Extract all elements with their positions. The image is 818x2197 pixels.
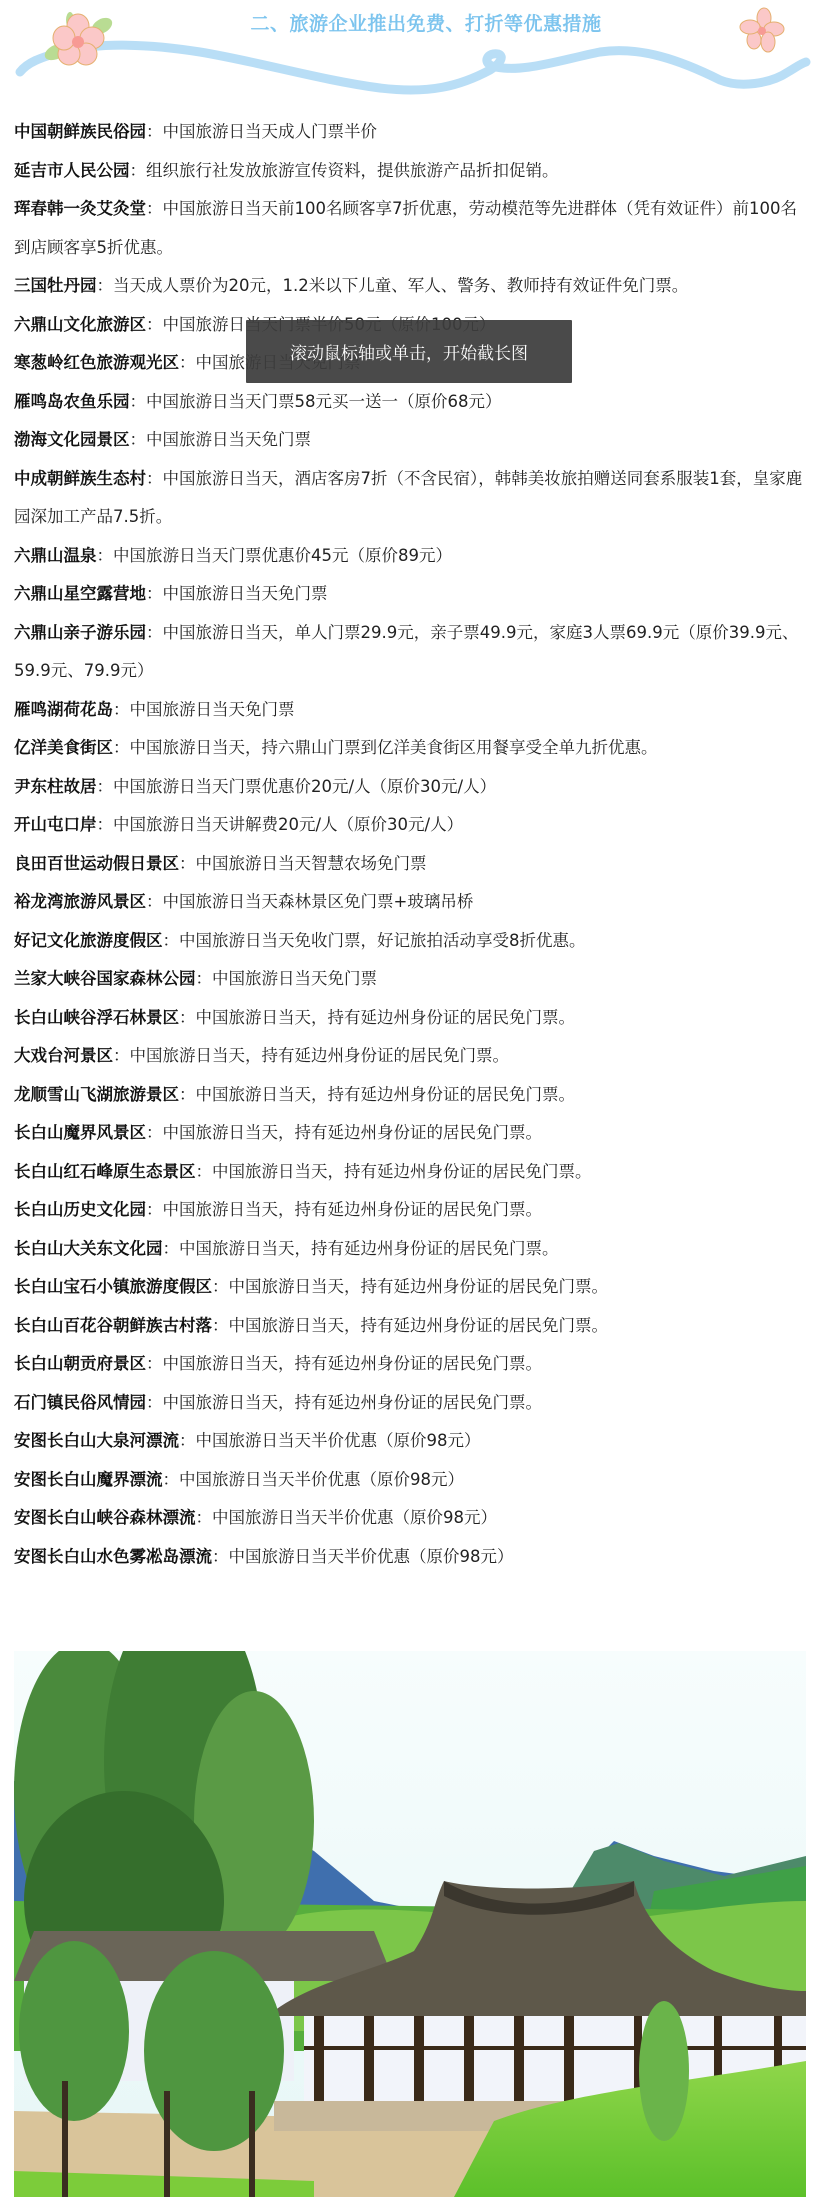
offer-item: 长白山朝贡府景区：中国旅游日当天，持有延边州身份证的居民免门票。: [14, 1345, 806, 1384]
offer-description: 中国旅游日当天，持有延边州身份证的居民免门票。: [163, 1123, 543, 1142]
offer-description: 中国旅游日当天，持有延边州身份证的居民免门票。: [196, 1008, 576, 1027]
venue-name: 雁鸣湖荷花岛: [14, 700, 113, 719]
offer-item: 长白山魔界风景区：中国旅游日当天，持有延边州身份证的居民免门票。: [14, 1114, 806, 1153]
offer-description: 中国旅游日当天半价优惠（原价98元）: [179, 1470, 464, 1489]
separator: ：: [146, 584, 163, 603]
separator: ：: [146, 623, 163, 642]
section-title: 二、旅游企业推出免费、打折等优惠措施: [0, 9, 818, 36]
offer-item: 渤海文化园景区：中国旅游日当天免门票: [14, 421, 806, 460]
separator: ：: [196, 1508, 213, 1527]
venue-name: 长白山朝贡府景区: [14, 1354, 146, 1373]
separator: ：: [212, 1547, 229, 1566]
offer-item: 尹东柱故居：中国旅游日当天门票优惠价20元/人（原价30元/人）: [14, 768, 806, 807]
venue-name: 珲春韩一灸艾灸堂: [14, 199, 146, 218]
offer-item: 珲春韩一灸艾灸堂：中国旅游日当天前100名顾客享7折优惠，劳动模范等先进群体（凭…: [14, 190, 806, 267]
offer-item: 长白山百花谷朝鲜族古村落：中国旅游日当天，持有延边州身份证的居民免门票。: [14, 1307, 806, 1346]
separator: ：: [97, 546, 114, 565]
separator: ：: [179, 1431, 196, 1450]
venue-name: 尹东柱故居: [14, 777, 97, 796]
separator: ：: [196, 1162, 213, 1181]
offer-item: 六鼎山星空露营地：中国旅游日当天免门票: [14, 575, 806, 614]
offer-item: 中国朝鲜族民俗园：中国旅游日当天成人门票半价: [14, 113, 806, 152]
venue-name: 延吉市人民公园: [14, 161, 130, 180]
offer-description: 中国旅游日当天免门票: [130, 700, 295, 719]
offer-description: 中国旅游日当天门票58元买一送一（原价68元）: [146, 392, 502, 411]
venue-name: 长白山历史文化园: [14, 1200, 146, 1219]
offer-description: 中国旅游日当天，持六鼎山门票到亿洋美食街区用餐享受全单九折优惠。: [130, 738, 658, 757]
offer-item: 安图长白山水色雾凇岛漂流：中国旅游日当天半价优惠（原价98元）: [14, 1538, 806, 1577]
offer-description: 中国旅游日当天讲解费20元/人（原价30元/人）: [113, 815, 463, 834]
separator: ：: [179, 353, 196, 372]
separator: ：: [146, 1354, 163, 1373]
section-header: 二、旅游企业推出免费、打折等优惠措施: [0, 0, 818, 100]
separator: ：: [146, 315, 163, 334]
separator: ：: [113, 738, 130, 757]
offer-description: 中国旅游日当天免门票: [212, 969, 377, 988]
offer-description: 中国旅游日当天，持有延边州身份证的居民免门票。: [163, 1393, 543, 1412]
offer-item: 中成朝鲜族生态村：中国旅游日当天，酒店客房7折（不含民宿），韩韩美妆旅拍赠送同套…: [14, 460, 806, 537]
separator: ：: [146, 122, 163, 141]
offer-description: 中国旅游日当天，持有延边州身份证的居民免门票。: [229, 1277, 609, 1296]
offer-item: 龙顺雪山飞湖旅游景区：中国旅游日当天，持有延边州身份证的居民免门票。: [14, 1076, 806, 1115]
separator: ：: [146, 1123, 163, 1142]
venue-name: 开山屯口岸: [14, 815, 97, 834]
offer-description: 中国旅游日当天成人门票半价: [163, 122, 378, 141]
offer-description: 中国旅游日当天，持有延边州身份证的居民免门票。: [196, 1085, 576, 1104]
venue-name: 中成朝鲜族生态村: [14, 469, 146, 488]
venue-name: 兰家大峡谷国家森林公园: [14, 969, 196, 988]
offer-item: 兰家大峡谷国家森林公园：中国旅游日当天免门票: [14, 960, 806, 999]
korean-traditional-house-image: [14, 1651, 806, 2197]
offer-item: 长白山大关东文化园：中国旅游日当天，持有延边州身份证的居民免门票。: [14, 1230, 806, 1269]
separator: ：: [179, 1008, 196, 1027]
offer-description: 中国旅游日当天，持有延边州身份证的居民免门票。: [130, 1046, 510, 1065]
separator: ：: [163, 931, 180, 950]
offer-item: 安图长白山大泉河漂流：中国旅游日当天半价优惠（原价98元）: [14, 1422, 806, 1461]
offer-item: 雁鸣岛农鱼乐园：中国旅游日当天门票58元买一送一（原价68元）: [14, 383, 806, 422]
separator: ：: [146, 199, 163, 218]
offer-description: 中国旅游日当天半价优惠（原价98元）: [229, 1547, 514, 1566]
venue-name: 长白山峡谷浮石林景区: [14, 1008, 179, 1027]
venue-name: 雁鸣岛农鱼乐园: [14, 392, 130, 411]
offer-description: 当天成人票价为20元，1.2米以下儿童、军人、警务、教师持有效证件免门票。: [113, 276, 688, 295]
venue-name: 石门镇民俗风情园: [14, 1393, 146, 1412]
separator: ：: [146, 892, 163, 911]
offer-item: 裕龙湾旅游风景区：中国旅游日当天森林景区免门票+玻璃吊桥: [14, 883, 806, 922]
venue-name: 长白山红石峰原生态景区: [14, 1162, 196, 1181]
offer-item: 延吉市人民公园：组织旅行社发放旅游宣传资料，提供旅游产品折扣促销。: [14, 152, 806, 191]
separator: ：: [146, 1200, 163, 1219]
offer-item: 开山屯口岸：中国旅游日当天讲解费20元/人（原价30元/人）: [14, 806, 806, 845]
separator: ：: [146, 469, 163, 488]
offer-description: 中国旅游日当天半价优惠（原价98元）: [212, 1508, 497, 1527]
venue-name: 长白山大关东文化园: [14, 1239, 163, 1258]
venue-name: 六鼎山星空露营地: [14, 584, 146, 603]
offer-item: 石门镇民俗风情园：中国旅游日当天，持有延边州身份证的居民免门票。: [14, 1384, 806, 1423]
venue-name: 安图长白山大泉河漂流: [14, 1431, 179, 1450]
offer-item: 六鼎山温泉：中国旅游日当天门票优惠价45元（原价89元）: [14, 537, 806, 576]
offer-item: 亿洋美食街区：中国旅游日当天，持六鼎山门票到亿洋美食街区用餐享受全单九折优惠。: [14, 729, 806, 768]
separator: ：: [130, 392, 147, 411]
offer-description: 中国旅游日当天，持有延边州身份证的居民免门票。: [229, 1316, 609, 1335]
venue-name: 中国朝鲜族民俗园: [14, 122, 146, 141]
venue-name: 渤海文化园景区: [14, 430, 130, 449]
screenshot-toast[interactable]: 滚动鼠标轴或单击，开始截长图: [246, 320, 572, 383]
venue-name: 长白山宝石小镇旅游度假区: [14, 1277, 212, 1296]
offer-description: 组织旅行社发放旅游宣传资料，提供旅游产品折扣促销。: [146, 161, 559, 180]
offer-item: 好记文化旅游度假区：中国旅游日当天免收门票，好记旅拍活动享受8折优惠。: [14, 922, 806, 961]
offer-description: 中国旅游日当天，持有延边州身份证的居民免门票。: [163, 1200, 543, 1219]
venue-name: 良田百世运动假日景区: [14, 854, 179, 873]
venue-name: 安图长白山峡谷森林漂流: [14, 1508, 196, 1527]
offer-item: 安图长白山峡谷森林漂流：中国旅游日当天半价优惠（原价98元）: [14, 1499, 806, 1538]
offer-description: 中国旅游日当天智慧农场免门票: [196, 854, 427, 873]
offer-item: 雁鸣湖荷花岛：中国旅游日当天免门票: [14, 691, 806, 730]
separator: ：: [163, 1470, 180, 1489]
separator: ：: [130, 430, 147, 449]
separator: ：: [212, 1277, 229, 1296]
venue-name: 亿洋美食街区: [14, 738, 113, 757]
venue-name: 安图长白山水色雾凇岛漂流: [14, 1547, 212, 1566]
separator: ：: [212, 1316, 229, 1335]
scenic-photo: [14, 1651, 806, 2197]
offer-description: 中国旅游日当天门票优惠价20元/人（原价30元/人）: [113, 777, 496, 796]
venue-name: 六鼎山亲子游乐园: [14, 623, 146, 642]
separator: ：: [113, 700, 130, 719]
offer-description: 中国旅游日当天免门票: [163, 584, 328, 603]
venue-name: 长白山百花谷朝鲜族古村落: [14, 1316, 212, 1335]
offer-item: 长白山红石峰原生态景区：中国旅游日当天，持有延边州身份证的居民免门票。: [14, 1153, 806, 1192]
offer-description: 中国旅游日当天半价优惠（原价98元）: [196, 1431, 481, 1450]
venue-name: 好记文化旅游度假区: [14, 931, 163, 950]
offer-item: 长白山历史文化园：中国旅游日当天，持有延边州身份证的居民免门票。: [14, 1191, 806, 1230]
venue-name: 长白山魔界风景区: [14, 1123, 146, 1142]
venue-name: 六鼎山温泉: [14, 546, 97, 565]
separator: ：: [97, 815, 114, 834]
offer-item: 长白山宝石小镇旅游度假区：中国旅游日当天，持有延边州身份证的居民免门票。: [14, 1268, 806, 1307]
offer-item: 三国牡丹园：当天成人票价为20元，1.2米以下儿童、军人、警务、教师持有效证件免…: [14, 267, 806, 306]
venue-name: 寒葱岭红色旅游观光区: [14, 353, 179, 372]
offer-description: 中国旅游日当天免门票: [146, 430, 311, 449]
separator: ：: [146, 1393, 163, 1412]
venue-name: 安图长白山魔界漂流: [14, 1470, 163, 1489]
offer-item: 长白山峡谷浮石林景区：中国旅游日当天，持有延边州身份证的居民免门票。: [14, 999, 806, 1038]
venue-name: 裕龙湾旅游风景区: [14, 892, 146, 911]
separator: ：: [97, 777, 114, 796]
offer-description: 中国旅游日当天，持有延边州身份证的居民免门票。: [212, 1162, 592, 1181]
offer-description: 中国旅游日当天，持有延边州身份证的居民免门票。: [179, 1239, 559, 1258]
offer-description: 中国旅游日当天免收门票，好记旅拍活动享受8折优惠。: [179, 931, 586, 950]
offer-item: 良田百世运动假日景区：中国旅游日当天智慧农场免门票: [14, 845, 806, 884]
offer-item: 安图长白山魔界漂流：中国旅游日当天半价优惠（原价98元）: [14, 1461, 806, 1500]
toast-message: 滚动鼠标轴或单击，开始截长图: [290, 339, 528, 364]
separator: ：: [179, 1085, 196, 1104]
separator: ：: [97, 276, 114, 295]
offer-description: 中国旅游日当天，持有延边州身份证的居民免门票。: [163, 1354, 543, 1373]
venue-name: 六鼎山文化旅游区: [14, 315, 146, 334]
venue-name: 大戏台河景区: [14, 1046, 113, 1065]
offer-item: 六鼎山亲子游乐园：中国旅游日当天，单人门票29.9元，亲子票49.9元，家庭3人…: [14, 614, 806, 691]
offer-item: 大戏台河景区：中国旅游日当天，持有延边州身份证的居民免门票。: [14, 1037, 806, 1076]
separator: ：: [163, 1239, 180, 1258]
offer-description: 中国旅游日当天门票优惠价45元（原价89元）: [113, 546, 452, 565]
offer-description: 中国旅游日当天森林景区免门票+玻璃吊桥: [163, 892, 474, 911]
separator: ：: [179, 854, 196, 873]
separator: ：: [113, 1046, 130, 1065]
separator: ：: [196, 969, 213, 988]
separator: ：: [130, 161, 147, 180]
venue-name: 龙顺雪山飞湖旅游景区: [14, 1085, 179, 1104]
venue-name: 三国牡丹园: [14, 276, 97, 295]
